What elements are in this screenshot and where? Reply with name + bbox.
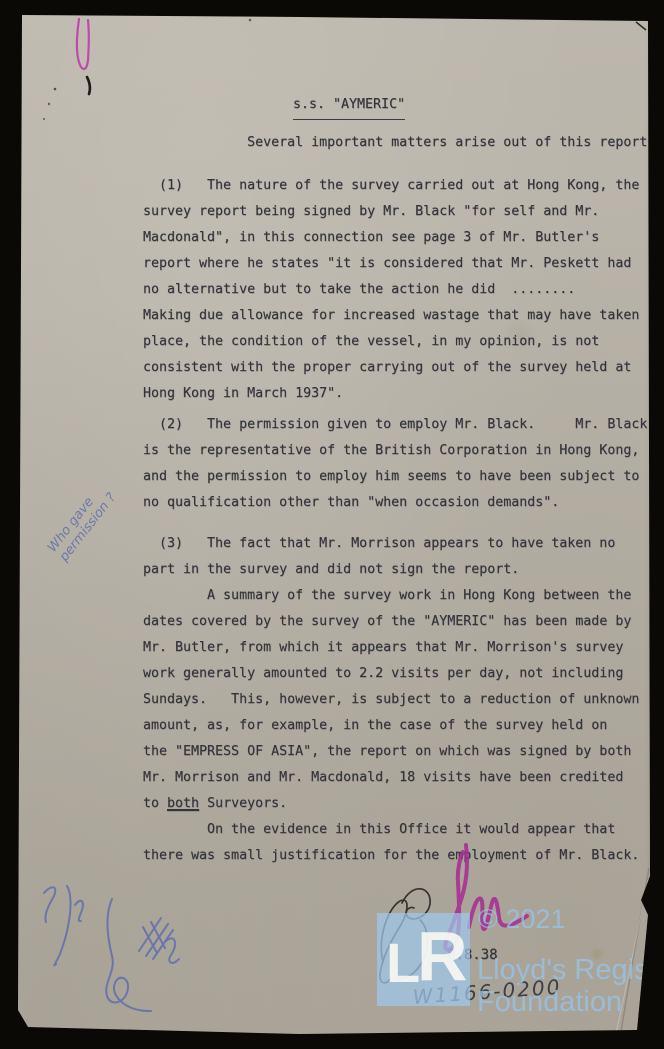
- corner-pen-tick: [636, 22, 646, 30]
- typed-line: Mr. Butler, from which it appears that M…: [143, 635, 639, 661]
- typed-line: the "EMPRESS OF ASIA", the report on whi…: [143, 739, 639, 765]
- typed-line: (2) The permission given to employ Mr. B…: [143, 412, 647, 438]
- paper-speck: [48, 103, 50, 105]
- typed-line: dates covered by the survey of the "AYME…: [143, 609, 639, 635]
- watermark-name-line1: Lloyd's Register: [477, 954, 664, 987]
- handwritten-margin-note: Who gave permission ?: [45, 481, 119, 564]
- typed-line: and the permission to employ him seems t…: [143, 464, 647, 490]
- typed-paragraph: (1) The nature of the survey carried out…: [143, 173, 639, 407]
- typed-line: Mr. Morrison and Mr. Macdonald, 18 visit…: [143, 765, 639, 791]
- typed-line: A summary of the survey work in Hong Kon…: [143, 583, 639, 609]
- paper-sheet: s.s. "AYMERIC" Several important matters…: [0, 0, 664, 1049]
- typed-line: part in the survey and did not sign the …: [143, 557, 639, 583]
- typed-line: Macdonald", in this connection see page …: [143, 225, 639, 251]
- paper-crease: [621, 868, 649, 1032]
- typed-line: Making due allowance for increased wasta…: [143, 303, 639, 329]
- typed-line: On the evidence in this Office it would …: [143, 817, 639, 843]
- magenta-pen-mark-icon: [77, 19, 89, 69]
- blue-ink-initials-icon: [44, 886, 179, 1011]
- typed-line: (3) The fact that Mr. Morrison appears t…: [143, 531, 639, 557]
- logo-letter-l: L: [386, 935, 420, 991]
- typed-paragraph: (2) The permission given to employ Mr. B…: [143, 412, 647, 516]
- typed-line: work generally amounted to 2.2 visits pe…: [143, 661, 639, 687]
- typed-line: to both Surveyors.: [143, 791, 639, 817]
- paper-speck: [43, 118, 45, 120]
- typed-paragraph: (3) The fact that Mr. Morrison appears t…: [143, 531, 639, 869]
- typed-line: no alternative but to take the action he…: [143, 277, 639, 303]
- typed-line: place, the condition of the vessel, in m…: [143, 329, 639, 355]
- paper-speck: [54, 88, 57, 91]
- typed-line: no qualification other than "when occasi…: [143, 490, 647, 516]
- typed-line: consistent with the proper carrying out …: [143, 355, 639, 381]
- document-title: s.s. "AYMERIC": [293, 92, 405, 120]
- typed-line: (1) The nature of the survey carried out…: [143, 173, 639, 199]
- typed-line: survey report being signed by Mr. Black …: [143, 199, 639, 225]
- typed-line: there was small justification for the em…: [143, 843, 639, 869]
- black-tick-mark-icon: [87, 77, 90, 94]
- intro-line: Several important matters arise out of t…: [143, 130, 663, 156]
- watermark-name-line2: Foundation: [477, 986, 622, 1019]
- logo-letter-r: R: [417, 921, 468, 991]
- typed-line: amount, as, for example, in the case of …: [143, 713, 639, 739]
- scanned-document-photo: s.s. "AYMERIC" Several important matters…: [0, 0, 664, 1049]
- lloyds-register-logo-icon: L R: [377, 913, 470, 1006]
- typed-line: Hong Kong in March 1937".: [143, 381, 639, 407]
- watermark-copyright: © 2021: [478, 904, 565, 935]
- paper-speck: [249, 19, 252, 22]
- typed-line: is the representative of the British Cor…: [143, 438, 647, 464]
- typed-line: Sundays. This, however, is subject to a …: [143, 687, 639, 713]
- typed-line: report where he states "it is considered…: [143, 251, 639, 277]
